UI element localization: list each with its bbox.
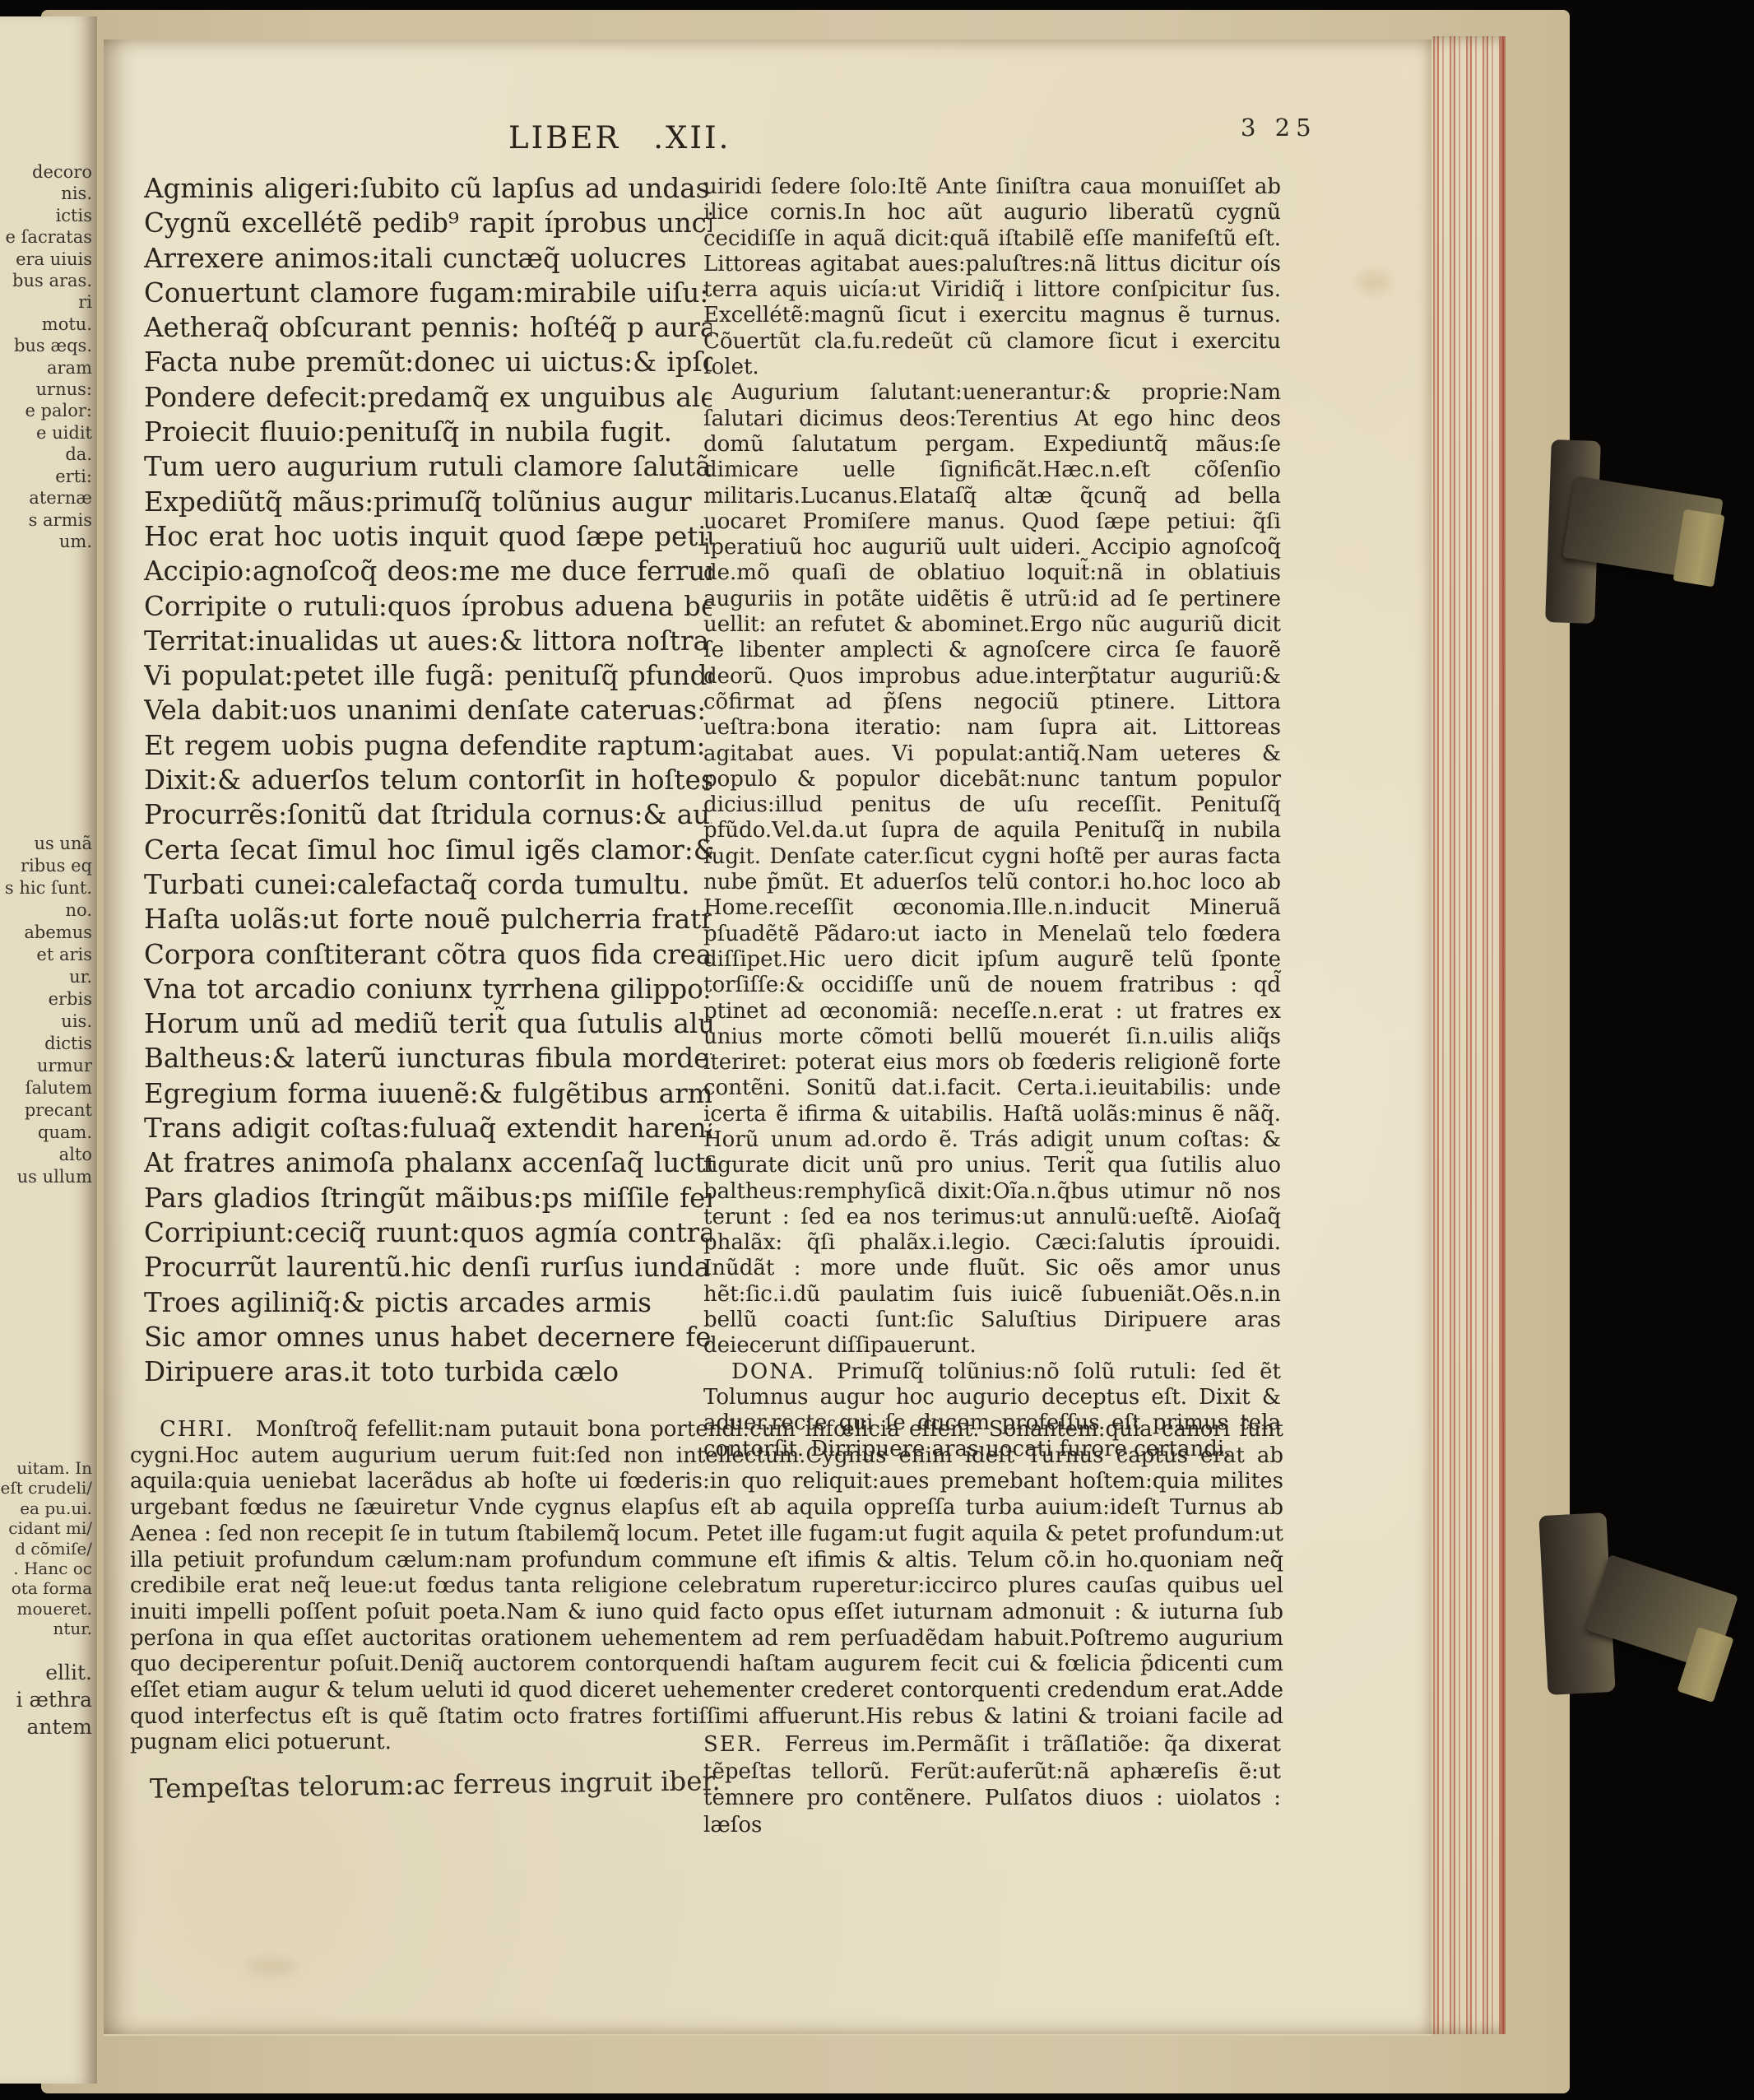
fragment-line: da. — [0, 444, 92, 465]
fragment-line: um. — [0, 531, 92, 552]
verse-line: Aetheraq̃ obſcurant pennis: hoſtéq̃ p au… — [144, 310, 712, 345]
red-striped-fore-edge — [1432, 36, 1506, 2034]
fragment-line: era uiuis — [0, 249, 92, 270]
verse-line: Dixit:& aduerſos telum contorſit in hoſt… — [144, 763, 712, 797]
fragment-line: ellit. — [0, 1659, 92, 1686]
fragment-line: urnus: — [0, 379, 92, 400]
fragment-line: ri — [0, 291, 92, 313]
verse-line: Pars gladios ſtringũt mãibus:ps miſſile … — [144, 1181, 712, 1215]
verse-line: Tum uero augurium rutuli clamore ſalutãt… — [144, 449, 712, 484]
commentary-column: uiridi ſedere ſolo:Itẽ Ante ſiniſtra cau… — [703, 174, 1281, 1462]
verse-line: Diripuere aras.it toto turbida cælo — [144, 1354, 712, 1389]
fragment-line: . Hanc oc — [0, 1559, 92, 1578]
fragment-line: erbis — [0, 988, 92, 1011]
fragment-line: no. — [0, 899, 92, 922]
fragment-line: moueret. — [0, 1599, 92, 1619]
fragment-line: bus aras. — [0, 270, 92, 291]
commentary-text-ser: Ferreus im.Permãſit i trãſlatiõe: q̃a di… — [703, 1732, 1281, 1837]
fragment-line: ota forma — [0, 1578, 92, 1598]
running-head: LIBER .XII. — [508, 120, 731, 156]
full-width-commentary: CHRI.Monſtroq̃ fefellit:nam putauit bona… — [130, 1417, 1283, 1756]
fragment-line: precant — [0, 1099, 92, 1122]
verse-line: Conuertunt clamore fugam:mirabile uiſu: — [144, 276, 712, 310]
fragment-line: s armis — [0, 509, 92, 531]
fragment-line: et aris — [0, 944, 92, 966]
fragment-line: motu. — [0, 314, 92, 335]
folio-number: 3 25 — [1241, 114, 1317, 142]
fragment-line: d cõmiſe/ — [0, 1539, 92, 1559]
fragment-line: ea pu.ui. — [0, 1498, 92, 1518]
verse-line: Turbati cunei:calefactaq̃ corda tumultu. — [144, 867, 712, 902]
verse-line: Vela dabit:uos unanimi denſate cateruas: — [144, 693, 712, 727]
verse-column: Agminis aligeri:ſubito cũ lapſus ad unda… — [144, 171, 712, 1389]
verse-line: Accipio:agnoſcoq̃ deos:me me duce ferrum — [144, 554, 712, 588]
commentary-paragraph-chri: CHRI.Monſtroq̃ fefellit:nam putauit bona… — [130, 1417, 1283, 1756]
fragment-line: antem — [0, 1713, 92, 1740]
fragment-line: e ſacratas — [0, 226, 92, 248]
running-head-title: LIBER — [508, 120, 620, 156]
fragment-line: us ullum — [0, 1166, 92, 1188]
verse-line: Haſta uolãs:ut forte nouẽ pulcherria fra… — [144, 902, 712, 936]
verse-line: Territat:inualidas ut aues:& littora noſ… — [144, 624, 712, 658]
verse-line: Expediũtq̃ mãus:primuſq̃ tolũnius augur — [144, 485, 712, 519]
fragment-line: ictis — [0, 205, 92, 226]
fragment-line: alto — [0, 1144, 92, 1166]
commentary-text-chri: Monſtroq̃ fefellit:nam putauit bona port… — [130, 1417, 1283, 1754]
verse-line: Procurrẽs:ſonitũ dat ſtridula cornus:& a… — [144, 797, 712, 832]
commentary-label-chri: CHRI. — [160, 1417, 234, 1442]
facing-page-fragments-top: decoronis.ictise ſacratasera uiuisbus ar… — [0, 161, 92, 552]
fragment-line: abemus — [0, 922, 92, 944]
verse-line: Corripite o rutuli:quos íprobus aduena b… — [144, 589, 712, 624]
ser-commentary: SER.Ferreus im.Permãſit i trãſlatiõe: q̃… — [703, 1731, 1281, 1838]
running-head-book-number: .XII. — [653, 120, 731, 156]
facing-page-fragments-bottom: ellit.i æthraantem — [0, 1659, 92, 1740]
page-stain — [1357, 272, 1390, 293]
fragment-line: ſalutem — [0, 1077, 92, 1099]
fragment-line: quam. — [0, 1122, 92, 1144]
verse-line: Et regem uobis pugna defendite raptum: — [144, 728, 712, 763]
verse-line: Baltheus:& laterũ iuncturas fibula morde… — [144, 1041, 712, 1076]
verse-line: Corripiunt:ceciq̃ ruunt:quos agmía contr… — [144, 1215, 712, 1250]
verse-line: Agminis aligeri:ſubito cũ lapſus ad unda… — [144, 171, 712, 206]
fragment-line: e palor: — [0, 400, 92, 421]
fragment-line: cidant mi/ — [0, 1518, 92, 1538]
commentary-paragraph: Augurium ſalutant:uenerantur:& proprie:N… — [703, 380, 1281, 1359]
fragment-line: ribus eq — [0, 855, 92, 877]
fragment-line: aram — [0, 357, 92, 379]
commentary-label-ser: SER. — [703, 1732, 763, 1757]
facing-page-fragments-middle: us unãribus eqs hic ſunt.no.abemuset ari… — [0, 833, 92, 1188]
commentary-label-dona: DONA. — [731, 1359, 815, 1384]
fragment-line: erti: — [0, 466, 92, 487]
page-stain — [247, 1958, 296, 1975]
verse-line: At fratres animoſa phalanx accenſaq̃ luc… — [144, 1145, 712, 1180]
verse-line: Pondere defecit:predamq̃ ex unguibus ale… — [144, 380, 712, 415]
fragment-line: uis. — [0, 1011, 92, 1033]
fragment-line: uitam. In — [0, 1458, 92, 1478]
verse-line: Sic amor omnes unus habet decernere ferr… — [144, 1320, 712, 1354]
verse-line: Corpora conſtiterant cõtra quos fida cre… — [144, 937, 712, 972]
commentary-paragraph: uiridi ſedere ſolo:Itẽ Ante ſiniſtra cau… — [703, 174, 1281, 380]
verse-line: Vi populat:petet ille fugã: penituſq̃ pf… — [144, 658, 712, 693]
fragment-line: ur. — [0, 966, 92, 988]
fragment-line: dictis — [0, 1033, 92, 1055]
verse-line: Vna tot arcadio coniunx tyrrhena gilippo… — [144, 972, 712, 1006]
facing-page-edge: decoronis.ictise ſacratasera uiuisbus ar… — [0, 16, 97, 2084]
verse-line: Facta nube premũt:donec ui uictus:& ipſo — [144, 345, 712, 379]
verse-line: Procurrũt laurentũ.hic denſi rurſus iund… — [144, 1250, 712, 1285]
fragment-line: us unã — [0, 833, 92, 855]
fragment-line: ntur. — [0, 1619, 92, 1638]
fragment-line: aternæ — [0, 487, 92, 509]
verse-line: Proiecit fluuio:penituſq̃ in nubila fugi… — [144, 415, 712, 449]
verse-line: Horum unũ ad mediũ terit̃ qua ſutulis al… — [144, 1006, 712, 1041]
verse-line: Trans adigit coſtas:fuluaq̃ extendit har… — [144, 1111, 712, 1145]
verse-line: Certa ſecat ſimul hoc ſimul igẽs clamor:… — [144, 833, 712, 867]
fragment-line: s hic ſunt. — [0, 877, 92, 899]
verse-line: Hoc erat hoc uotis inquit quod ſæpe peti… — [144, 519, 712, 554]
facing-page-fragments-lower: uitam. Ineſt crudeli/ea pu.ui.cidant mi/… — [0, 1458, 92, 1639]
book-photograph: decoronis.ictise ſacratasera uiuisbus ar… — [0, 0, 1754, 2100]
fragment-line: nis. — [0, 183, 92, 204]
verse-line: Egregium forma iuuenẽ:& fulgẽtibus armis — [144, 1076, 712, 1111]
fragment-line: eſt crudeli/ — [0, 1478, 92, 1498]
fragment-line: urmur — [0, 1055, 92, 1077]
fragment-line: decoro — [0, 161, 92, 183]
verse-line: Troes agiliniq̃:& pictis arcades armis — [144, 1285, 712, 1320]
fragment-line: bus æqs. — [0, 335, 92, 356]
verse-line: Cygnũ excellétẽ pedib⁹ rapit íprobus unc… — [144, 206, 712, 240]
fragment-line: e uidit — [0, 422, 92, 444]
verse-line: Arrexere animos:itali cunctæq̃ uolucres — [144, 241, 712, 276]
fragment-line: i æthra — [0, 1686, 92, 1713]
